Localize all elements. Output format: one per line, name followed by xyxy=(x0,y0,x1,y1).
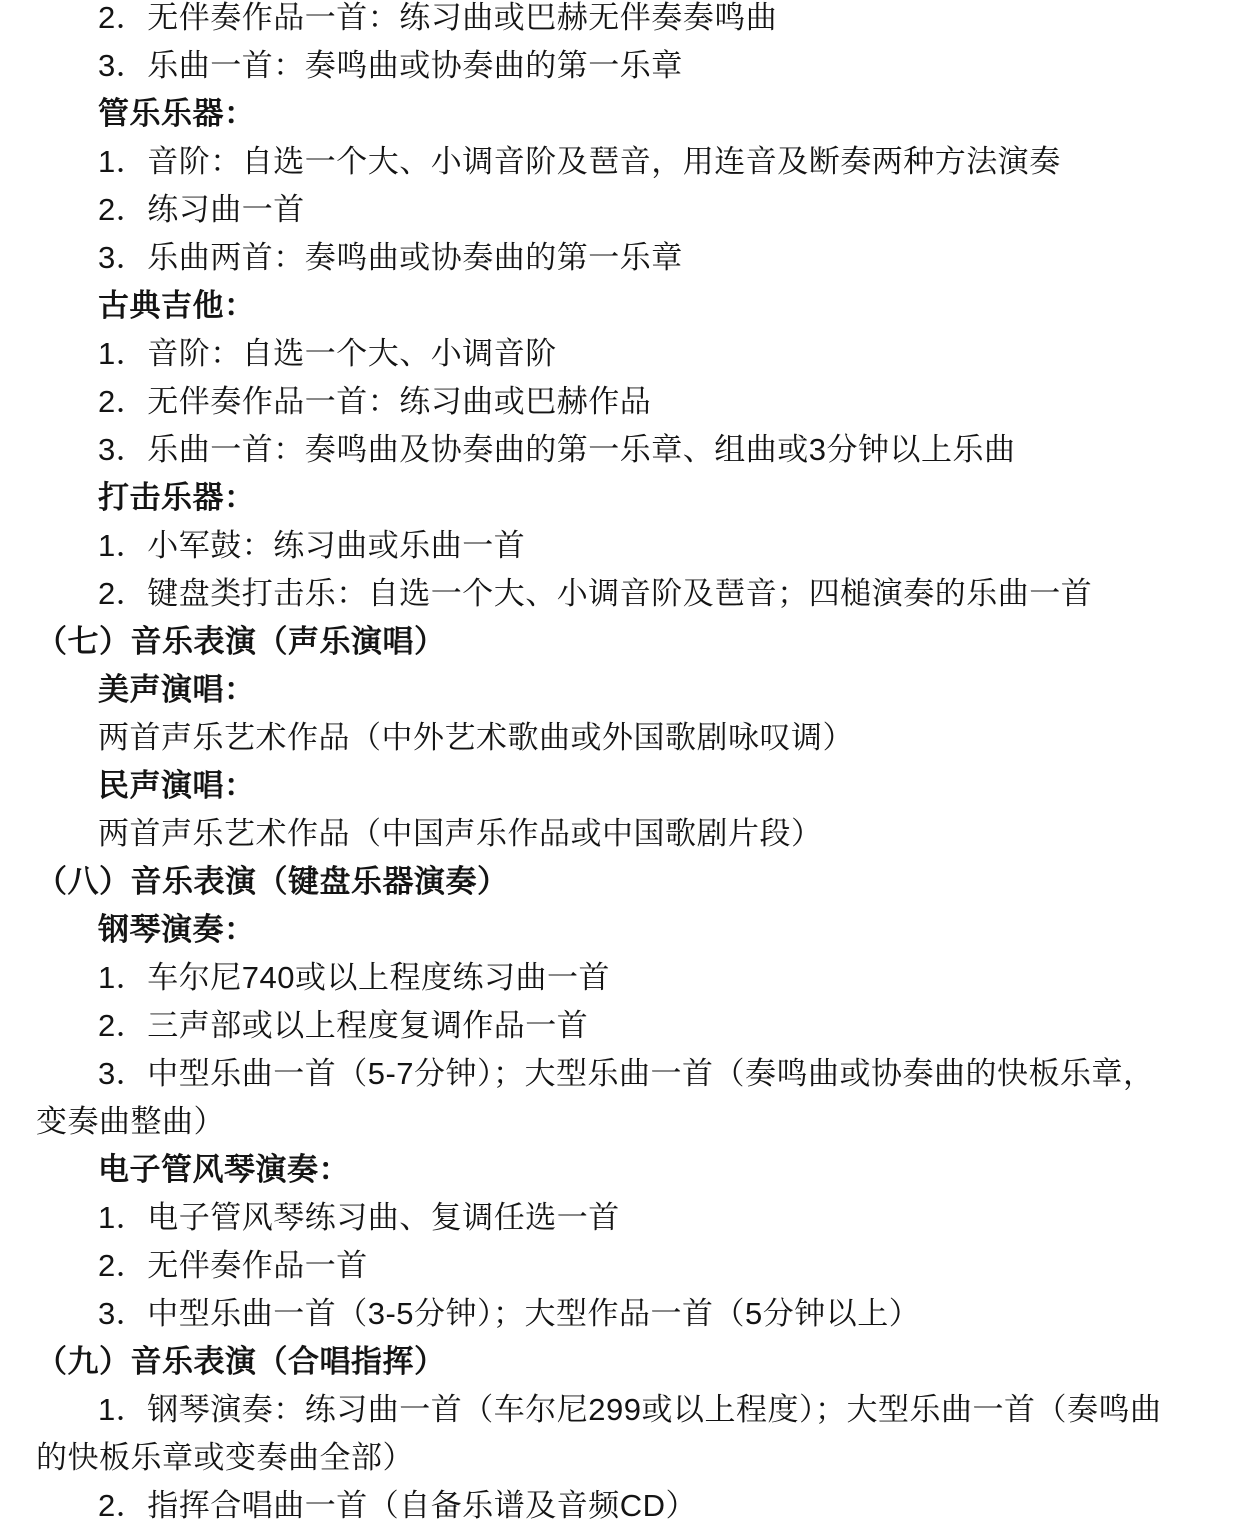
list-item: 2．三声部或以上程度复调作品一首 xyxy=(36,1002,1204,1050)
list-item: 1．音阶：自选一个大、小调音阶 xyxy=(36,330,1204,378)
sub-heading: 古典吉他： xyxy=(36,282,1204,330)
list-item: 2．键盘类打击乐：自选一个大、小调音阶及琶音；四槌演奏的乐曲一首 xyxy=(36,570,1204,618)
list-item: 2．指挥合唱曲一首（自备乐谱及音频CD） xyxy=(36,1482,1204,1526)
list-item: 3．乐曲两首：奏鸣曲或协奏曲的第一乐章 xyxy=(36,234,1204,282)
section-heading: （七）音乐表演（声乐演唱） xyxy=(36,618,1204,666)
list-item: 3．中型乐曲一首（3-5分钟）；大型作品一首（5分钟以上） xyxy=(36,1290,1204,1338)
body-text: 两首声乐艺术作品（中国声乐作品或中国歌剧片段） xyxy=(36,810,1204,858)
list-item: 2．无伴奏作品一首：练习曲或巴赫无伴奏奏鸣曲 xyxy=(36,0,1204,42)
list-item: 3．中型乐曲一首（5-7分钟）；大型乐曲一首（奏鸣曲或协奏曲的快板乐章， 变奏曲… xyxy=(36,1050,1204,1146)
section-heading: （八）音乐表演（键盘乐器演奏） xyxy=(36,858,1204,906)
list-item: 3．乐曲一首：奏鸣曲及协奏曲的第一乐章、组曲或3分钟以上乐曲 xyxy=(36,426,1204,474)
list-item: 2．练习曲一首 xyxy=(36,186,1204,234)
list-item: 2．无伴奏作品一首 xyxy=(36,1242,1204,1290)
document-body: 2．无伴奏作品一首：练习曲或巴赫无伴奏奏鸣曲3．乐曲一首：奏鸣曲或协奏曲的第一乐… xyxy=(36,0,1204,1526)
sub-heading: 管乐乐器： xyxy=(36,90,1204,138)
sub-heading: 打击乐器： xyxy=(36,474,1204,522)
sub-heading: 钢琴演奏： xyxy=(36,906,1204,954)
list-item: 3．乐曲一首：奏鸣曲或协奏曲的第一乐章 xyxy=(36,42,1204,90)
document-page: 2．无伴奏作品一首：练习曲或巴赫无伴奏奏鸣曲3．乐曲一首：奏鸣曲或协奏曲的第一乐… xyxy=(0,0,1240,1526)
sub-heading: 电子管风琴演奏： xyxy=(36,1146,1204,1194)
list-item: 1．钢琴演奏：练习曲一首（车尔尼299或以上程度）；大型乐曲一首（奏鸣曲 的快板… xyxy=(36,1386,1204,1482)
list-item: 1．音阶：自选一个大、小调音阶及琶音，用连音及断奏两种方法演奏 xyxy=(36,138,1204,186)
list-item: 1．车尔尼740或以上程度练习曲一首 xyxy=(36,954,1204,1002)
list-item: 1．小军鼓：练习曲或乐曲一首 xyxy=(36,522,1204,570)
sub-heading: 美声演唱： xyxy=(36,666,1204,714)
sub-heading: 民声演唱： xyxy=(36,762,1204,810)
body-text: 两首声乐艺术作品（中外艺术歌曲或外国歌剧咏叹调） xyxy=(36,714,1204,762)
section-heading: （九）音乐表演（合唱指挥） xyxy=(36,1338,1204,1386)
list-item: 2．无伴奏作品一首：练习曲或巴赫作品 xyxy=(36,378,1204,426)
list-item: 1．电子管风琴练习曲、复调任选一首 xyxy=(36,1194,1204,1242)
